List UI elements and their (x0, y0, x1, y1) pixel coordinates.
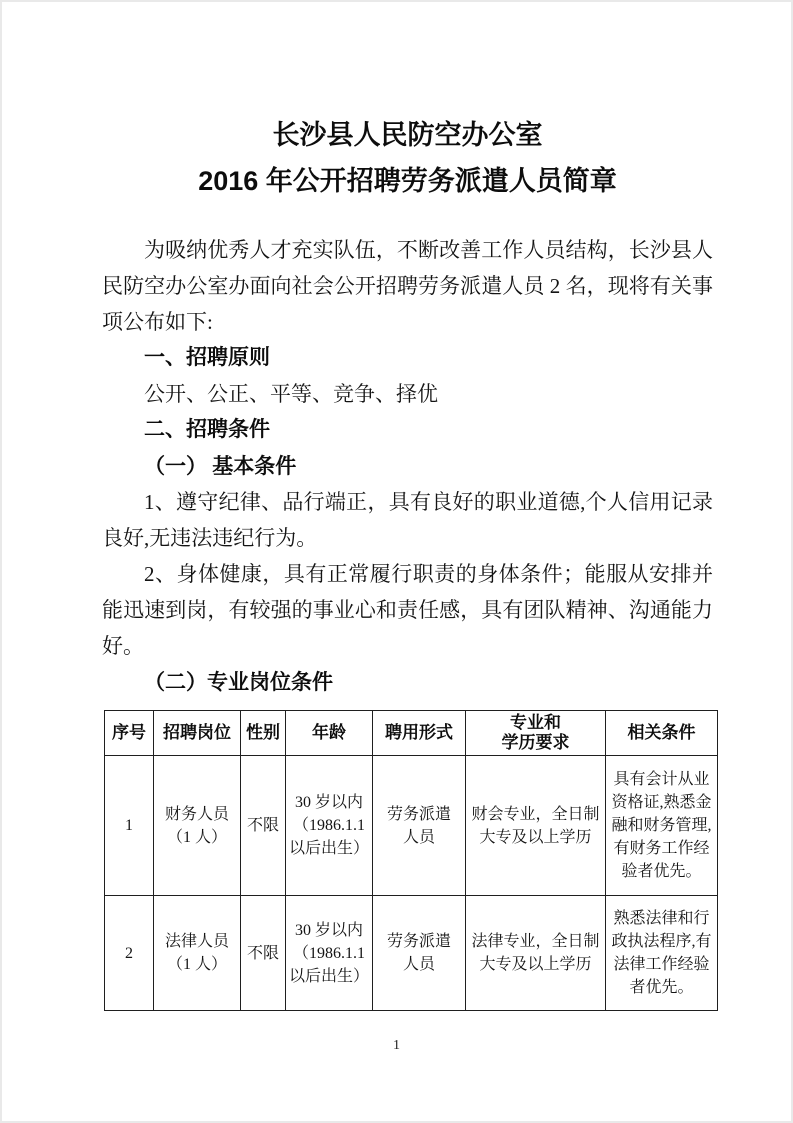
table-row: 2 法律人员 （1 人） 不限 30 岁以内 （1986.1.1 以后出生） 劳… (105, 896, 718, 1011)
section-2-heading: 二、招聘条件 (102, 412, 713, 448)
doc-title-line-2: 2016 年公开招聘劳务派遣人员简章 (102, 158, 713, 204)
table-header-row: 序号 招聘岗位 性别 年龄 聘用形式 专业和 学历要求 相关条件 (105, 711, 718, 756)
cell-requirements: 具有会计从业资格证,熟悉金融和财务管理,有财务工作经验者优先。 (606, 756, 718, 896)
position-requirements-table: 序号 招聘岗位 性别 年龄 聘用形式 专业和 学历要求 相关条件 1 财务人员 … (104, 710, 718, 1011)
cell-age: 30 岁以内 （1986.1.1 以后出生） (286, 756, 373, 896)
cell-employment-type: 劳务派遣 人员 (373, 896, 466, 1011)
cell-position: 财务人员 （1 人） (154, 756, 241, 896)
cell-index: 2 (105, 896, 154, 1011)
cell-major-education: 法律专业，全日制 大专及以上学历 (466, 896, 606, 1011)
cell-position: 法律人员 （1 人） (154, 896, 241, 1011)
col-header-major-education: 专业和 学历要求 (466, 711, 606, 756)
col-header-employment-type: 聘用形式 (373, 711, 466, 756)
document-content: 长沙县人民防空办公室 2016 年公开招聘劳务派遣人员简章 为吸纳优秀人才充实队… (2, 2, 791, 1011)
col-header-age: 年龄 (286, 711, 373, 756)
cell-major-education: 财会专业，全日制 大专及以上学历 (466, 756, 606, 896)
section-1-heading: 一、招聘原则 (102, 340, 713, 376)
cell-employment-type: 劳务派遣 人员 (373, 756, 466, 896)
col-header-requirements: 相关条件 (606, 711, 718, 756)
page-number: 1 (2, 1038, 791, 1054)
col-header-position: 招聘岗位 (154, 711, 241, 756)
basic-condition-item-2: 2、身体健康，具有正常履行职责的身体条件；能服从安排并能迅速到岗，有较强的事业心… (102, 556, 713, 664)
col-header-index: 序号 (105, 711, 154, 756)
cell-gender: 不限 (241, 756, 286, 896)
section-1-body: 公开、公正、平等、竞争、择优 (102, 376, 713, 412)
doc-title-line-1: 长沙县人民防空办公室 (102, 112, 713, 158)
section-2-subheading-positions: （二）专业岗位条件 (102, 664, 713, 700)
cell-requirements: 熟悉法律和行政执法程序,有法律工作经验者优先。 (606, 896, 718, 1011)
intro-paragraph: 为吸纳优秀人才充实队伍，不断改善工作人员结构，长沙县人民防空办公室办面向社会公开… (102, 232, 713, 340)
document-page: 长沙县人民防空办公室 2016 年公开招聘劳务派遣人员简章 为吸纳优秀人才充实队… (0, 0, 793, 1123)
cell-age: 30 岁以内 （1986.1.1 以后出生） (286, 896, 373, 1011)
section-2-subheading-basic: （一） 基本条件 (102, 448, 713, 484)
table-row: 1 财务人员 （1 人） 不限 30 岁以内 （1986.1.1 以后出生） 劳… (105, 756, 718, 896)
basic-condition-item-1: 1、遵守纪律、品行端正，具有良好的职业道德,个人信用记录良好,无违法违纪行为。 (102, 484, 713, 556)
cell-index: 1 (105, 756, 154, 896)
cell-gender: 不限 (241, 896, 286, 1011)
col-header-gender: 性别 (241, 711, 286, 756)
